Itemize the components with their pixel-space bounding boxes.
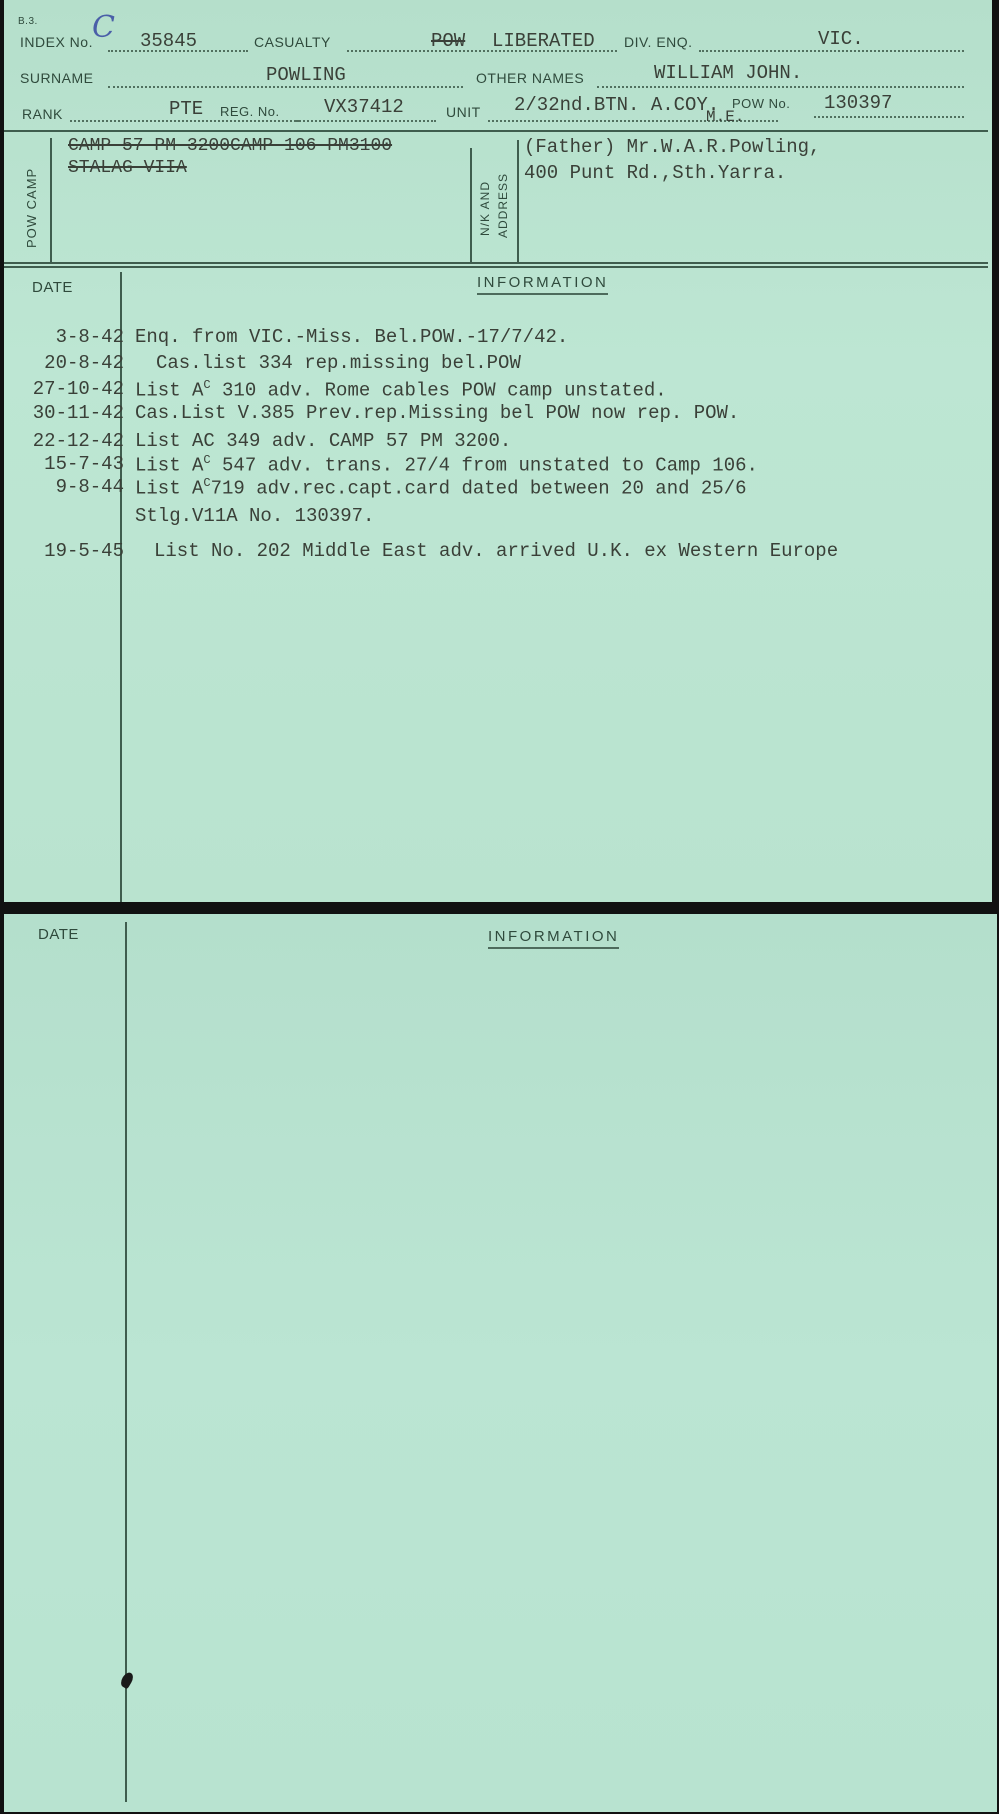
date-column-divider-2 [125,922,127,1802]
info-entry: 3-8-42Enq. from VIC.-Miss. Bel.POW.-17/7… [4,326,992,352]
entry-text: Enq. from VIC.-Miss. Bel.POW.-17/7/42. [135,326,568,348]
info-entry: 30-11-42Cas.List V.385 Prev.rep.Missing … [4,402,992,428]
casualty-value: LIBERATED [492,30,595,52]
entry-text: Cas.list 334 rep.missing bel.POW [156,352,521,374]
index-value: 35845 [140,30,197,52]
info-entry: 19-5-45List No. 202 Middle East adv. arr… [4,540,992,566]
info-header: INFORMATION [477,274,608,295]
nok-label-line1: N/K AND [478,181,492,236]
rank-label: RANK [22,106,63,122]
info-header-2: INFORMATION [488,928,619,949]
entry-date: 27-10-42 [33,378,124,400]
div-enq-value: VIC. [818,28,864,50]
casualty-label: CASUALTY [254,34,331,50]
entry-text: List AC719 adv.rec.capt.card dated betwe… [135,476,747,499]
info-entry: 20-8-42Cas.list 334 rep.missing bel.POW [4,352,992,378]
reg-no-label: REG. No. [220,104,280,119]
info-entry: 9-8-44List AC719 adv.rec.capt.card dated… [4,476,992,502]
surname-value: POWLING [266,64,346,86]
unit-label: UNIT [446,104,481,120]
entry-text: Stlg.V11A No. 130397. [135,505,374,527]
index-label: INDEX No. [20,34,93,50]
pow-camp-line2: STALAG VIIA [68,158,187,178]
record-card-back: DATE INFORMATION [4,914,997,1812]
date-header: DATE [32,279,73,296]
entry-date: 3-8-42 [56,326,124,348]
pow-camp-line1: CAMP 57-PM-3200CAMP 106 PM3100 [68,136,392,156]
entry-text: List No. 202 Middle East adv. arrived U.… [154,540,838,562]
rank-value: PTE [169,98,203,120]
record-card-front: B.3. C INDEX No. 35845 CASUALTY POW LIBE… [4,0,992,902]
entry-text: List AC 547 adv. trans. 27/4 from unstat… [135,453,758,476]
nok-line1: (Father) Mr.W.A.R.Powling, [524,136,820,158]
other-names-label: OTHER NAMES [476,70,584,86]
pow-no-label: POW No. [732,96,790,111]
entry-text: List AC 349 adv. CAMP 57 PM 3200. [135,430,511,452]
entry-date: 22-12-42 [33,430,124,452]
casualty-struck: POW [431,30,465,52]
nok-label-line2: ADDRESS [496,173,510,238]
info-entry: Stlg.V11A No. 130397. [4,505,992,531]
pow-no-value: 130397 [824,92,892,114]
date-header-2: DATE [38,926,79,943]
entry-date: 9-8-44 [56,476,124,498]
header-divider [4,130,988,132]
entry-text: List AC 310 adv. Rome cables POW camp un… [135,378,667,401]
entry-date: 20-8-42 [44,352,124,374]
form-code: B.3. [18,16,38,27]
pow-camp-label: POW CAMP [24,168,39,248]
reg-no-value: VX37412 [324,96,404,118]
other-names-value: WILLIAM JOHN. [654,62,802,84]
entry-text: Cas.List V.385 Prev.rep.Missing bel POW … [135,402,739,424]
entry-date: 15-7-43 [44,453,124,475]
surname-label: SURNAME [20,70,94,86]
handwritten-mark: C [92,10,115,45]
ink-blot [119,1671,136,1690]
info-entry: 27-10-42List AC 310 adv. Rome cables POW… [4,378,992,404]
entry-date: 19-5-45 [44,540,124,562]
entry-date: 30-11-42 [33,402,124,424]
div-enq-label: DIV. ENQ. [624,34,693,50]
unit-value: 2/32nd.BTN. A.COY. [514,94,719,116]
nok-line2: 400 Punt Rd.,Sth.Yarra. [524,162,786,184]
